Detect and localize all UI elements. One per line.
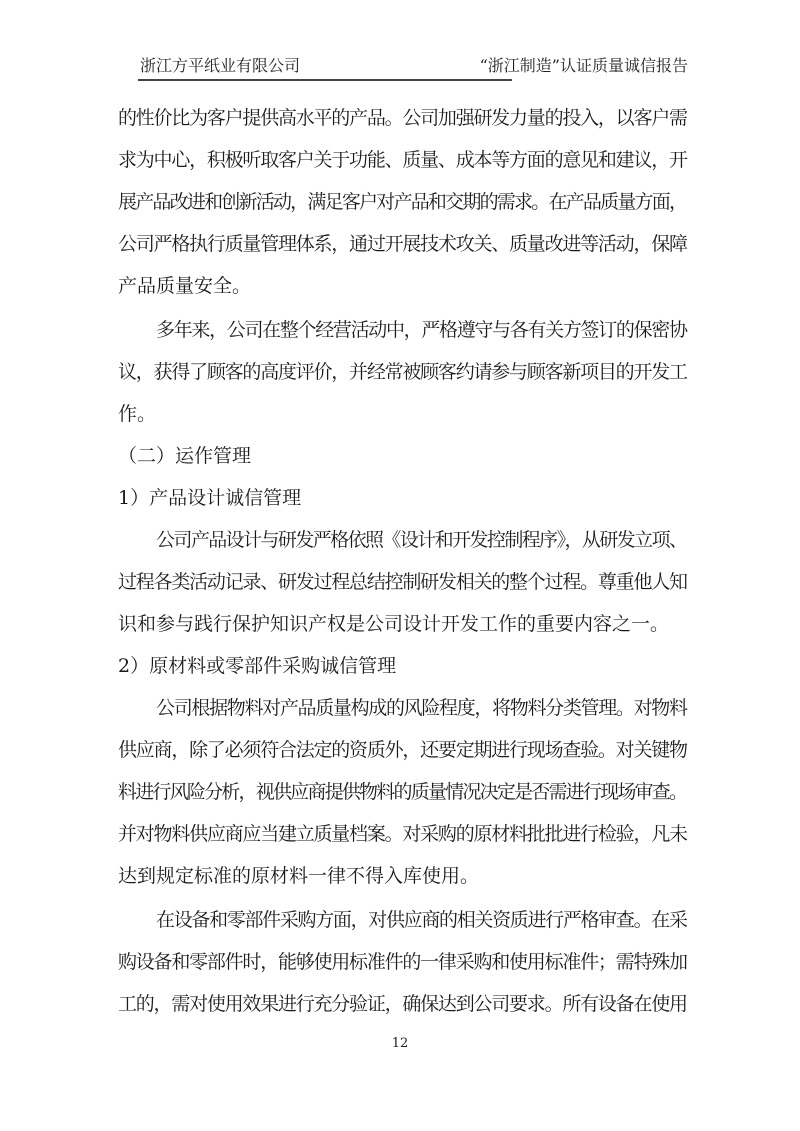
text-line: 产品质量安全。 (118, 274, 251, 298)
text-line: （二）运作管理 (118, 444, 251, 468)
text-line: 多年来，公司在整个经营活动中，严格遵守与各有关方签订的保密协 (156, 318, 687, 342)
text-line: 在设备和零部件采购方面，对供应商的相关资质进行严格审查。在采 (156, 908, 687, 932)
text-line: 的性价比为客户提供高水平的产品。公司加强研发力量的投入，以客户需 (118, 106, 687, 130)
text-line: 达到规定标准的原材料一律不得入库使用。 (118, 864, 479, 888)
text-line: 展产品改进和创新活动，满足客户对产品和交期的需求。在产品质量方面， (118, 190, 686, 214)
text-line: 识和参与践行保护知识产权是公司设计开发工作的重要内容之一。 (118, 612, 669, 636)
text-line: 工的，需对使用效果进行充分验证，确保达到公司要求。所有设备在使用 (118, 992, 687, 1016)
text-line: 并对物料供应商应当建立质量档案。对采购的原材料批批进行检验，凡未 (118, 822, 687, 846)
text-line: 2）原材料或零部件采购诚信管理 (118, 654, 396, 678)
page-number: 12 (0, 1036, 800, 1051)
text-line: 1）产品设计诚信管理 (118, 486, 301, 510)
text-line: 料进行风险分析，视供应商提供物料的质量情况决定是否需进行现场审查。 (118, 780, 686, 804)
header-company-name: 浙江方平纸业有限公司 (140, 56, 300, 76)
text-line: 供应商，除了必须符合法定的资质外，还要定期进行现场查验。对关键物 (118, 738, 687, 762)
text-line: 议，获得了顾客的高度评价，并经常被顾客约请参与顾客新项目的开发工 (118, 360, 687, 384)
text-line: 求为中心，积极听取客户关于功能、质量、成本等方面的意见和建议，开 (118, 148, 687, 172)
text-line: 公司根据物料对产品质量构成的风险程度，将物料分类管理。对物料 (156, 696, 687, 720)
text-line: 公司严格执行质量管理体系，通过开展技术攻关、质量改进等活动，保障 (118, 232, 687, 256)
text-line: 购设备和零部件时，能够使用标准件的一律采购和使用标准件；需特殊加 (118, 950, 687, 974)
header-report-title: “浙江制造”认证质量诚信报告 (480, 56, 688, 76)
text-line: 作。 (118, 402, 156, 426)
text-line: 过程各类活动记录、研发过程总结控制研发相关的整个过程。尊重他人知 (118, 570, 687, 594)
text-line: 公司产品设计与研发严格依照《设计和开发控制程序》，从研发立项、 (156, 528, 686, 552)
header-divider (138, 79, 512, 81)
